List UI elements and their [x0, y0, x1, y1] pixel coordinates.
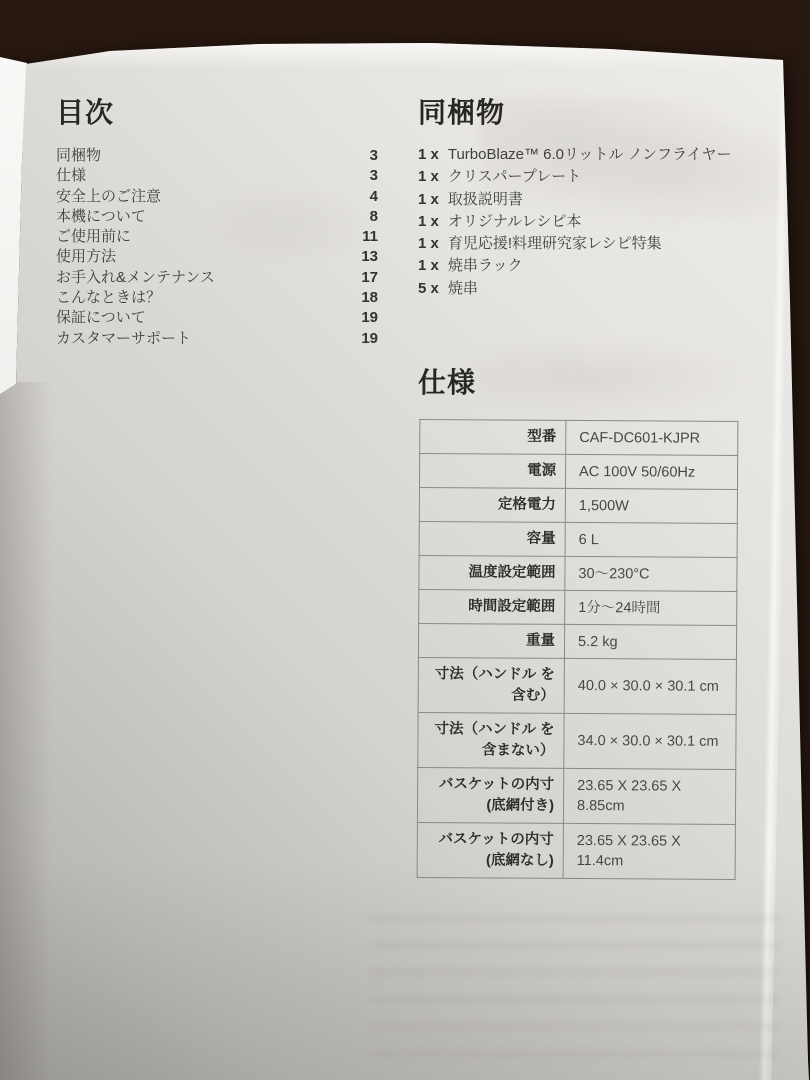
included-item-qty: 1 x: [418, 191, 439, 208]
spec-label: バスケットの内寸(底網なし): [417, 823, 563, 879]
included-item-label: TurboBlaze™ 6.0リットル ノンフライヤー: [448, 146, 732, 163]
toc-heading: 目次: [56, 96, 378, 130]
spec-label: 電源: [419, 454, 565, 489]
included-items-heading: 同梱物: [418, 96, 766, 130]
included-item: 1 x焼串ラック: [418, 255, 766, 277]
specs-heading: 仕様: [418, 366, 766, 400]
spec-label: 容量: [419, 522, 565, 557]
included-item-label: 焼串ラック: [448, 257, 523, 274]
included-item-label: 焼串: [448, 280, 478, 297]
toc-item-label: 仕様: [56, 166, 86, 186]
toc-item-page: 3: [370, 146, 378, 166]
spec-label: 定格電力: [419, 488, 565, 523]
included-item-label: 育児応援!料理研究家レシピ特集: [448, 235, 662, 252]
toc-item-label: 本機について: [56, 207, 146, 227]
toc-item-page: 19: [361, 329, 378, 349]
spec-label: 寸法（ハンドル を含む）: [418, 658, 564, 714]
spec-row: 容量6 L: [419, 522, 737, 558]
spec-label: 型番: [420, 420, 566, 455]
toc-item: お手入れ&メンテナンス17: [56, 268, 378, 288]
toc-item: 保証について19: [56, 308, 378, 328]
toc-item: カスタマーサポート19: [56, 329, 378, 349]
spec-row: 重量5.2 kg: [418, 624, 736, 660]
included-item-label: オリジナルレシピ本: [448, 213, 582, 230]
spec-row: 温度設定範囲30〜230°C: [419, 556, 737, 592]
manual-page-surface: 目次 同梱物3 仕様3 安全上のご注意4 本機について8 ご使用前に11 使用方…: [0, 0, 810, 1080]
included-items-section: 同梱物 1 xTurboBlaze™ 6.0リットル ノンフライヤー 1 xクリ…: [418, 96, 766, 300]
spec-row: 型番CAF-DC601-KJPR: [420, 420, 738, 456]
toc-list: 同梱物3 仕様3 安全上のご注意4 本機について8 ご使用前に11 使用方法13…: [56, 146, 378, 349]
toc-item: ご使用前に11: [56, 227, 378, 247]
toc-item-page: 11: [362, 227, 378, 247]
included-item: 5 x焼串: [418, 278, 766, 300]
included-item-qty: 1 x: [418, 146, 439, 163]
spec-value: 6 L: [565, 522, 737, 557]
toc-item: 安全上のご注意4: [56, 187, 378, 207]
toc-item-page: 8: [370, 207, 378, 227]
included-item-qty: 1 x: [418, 213, 439, 230]
spec-label: 時間設定範囲: [419, 590, 565, 625]
toc-item-page: 13: [361, 247, 378, 267]
toc-item: 同梱物3: [56, 146, 378, 166]
spec-row: 寸法（ハンドル を含む）40.0 × 30.0 × 30.1 cm: [418, 658, 736, 715]
spec-row: 寸法（ハンドル を含まない）34.0 × 30.0 × 30.1 cm: [418, 713, 736, 770]
toc-item-label: 使用方法: [56, 247, 116, 267]
spec-value: 40.0 × 30.0 × 30.1 cm: [564, 658, 736, 714]
spec-row: 時間設定範囲1分〜24時間: [419, 590, 737, 626]
manual-page: 目次 同梱物3 仕様3 安全上のご注意4 本機について8 ご使用前に11 使用方…: [0, 0, 810, 1080]
toc-item-label: 保証について: [56, 308, 146, 328]
toc-item: 使用方法13: [56, 247, 378, 267]
included-item-qty: 1 x: [418, 168, 439, 185]
toc-item-label: 安全上のご注意: [56, 187, 161, 207]
toc-item-page: 4: [370, 187, 378, 207]
included-item-qty: 5 x: [418, 280, 439, 297]
spec-label: 寸法（ハンドル を含まない）: [418, 713, 564, 769]
toc-item-label: お手入れ&メンテナンス: [56, 268, 215, 288]
spec-value: 30〜230°C: [565, 556, 737, 591]
toc-item: 本機について8: [56, 207, 378, 227]
page-top-curl-highlight: [0, 41, 795, 69]
specs-table: 型番CAF-DC601-KJPR 電源AC 100V 50/60Hz 定格電力1…: [417, 419, 739, 880]
toc-item: 仕様3: [56, 166, 378, 186]
spec-value: 34.0 × 30.0 × 30.1 cm: [564, 713, 736, 769]
toc-section: 目次 同梱物3 仕様3 安全上のご注意4 本機について8 ご使用前に11 使用方…: [56, 96, 378, 349]
spec-row: 定格電力1,500W: [419, 488, 737, 524]
spec-value: 1,500W: [565, 488, 737, 523]
toc-item-label: こんなときは？: [56, 288, 161, 308]
included-item-qty: 1 x: [418, 257, 439, 274]
toc-item-page: 18: [361, 288, 378, 308]
included-item: 1 x育児応援!料理研究家レシピ特集: [418, 233, 766, 255]
spec-label: 温度設定範囲: [419, 556, 565, 591]
spec-row: 電源AC 100V 50/60Hz: [419, 454, 737, 490]
included-item: 1 xTurboBlaze™ 6.0リットル ノンフライヤー: [418, 144, 766, 166]
toc-item-page: 19: [361, 308, 378, 328]
spec-value: 5.2 kg: [564, 624, 736, 659]
included-item: 1 xオリジナルレシピ本: [418, 211, 766, 233]
included-item: 1 xクリスパープレート: [418, 166, 766, 188]
spec-value: 23.65 X 23.65 X 11.4cm: [563, 823, 735, 879]
included-items-list: 1 xTurboBlaze™ 6.0リットル ノンフライヤー 1 xクリスパープ…: [418, 144, 766, 300]
included-item-label: クリスパープレート: [448, 168, 581, 185]
spec-row: バスケットの内寸(底網付き)23.65 X 23.65 X 8.85cm: [417, 768, 735, 825]
spec-value: 23.65 X 23.65 X 8.85cm: [563, 768, 735, 824]
spec-value: CAF-DC601-KJPR: [566, 420, 738, 455]
toc-item-page: 17: [361, 268, 378, 288]
toc-item-page: 3: [370, 166, 378, 186]
spec-label: 重量: [418, 624, 564, 659]
toc-item-label: 同梱物: [56, 146, 101, 166]
spec-value: AC 100V 50/60Hz: [565, 454, 737, 489]
included-item: 1 x取扱説明書: [418, 189, 766, 211]
toc-item-label: ご使用前に: [56, 227, 131, 247]
toc-item-label: カスタマーサポート: [56, 329, 191, 349]
spec-label: バスケットの内寸(底網付き): [417, 768, 563, 824]
toc-item: こんなときは？18: [56, 288, 378, 308]
spec-value: 1分〜24時間: [565, 590, 737, 625]
included-item-qty: 1 x: [418, 235, 439, 252]
included-item-label: 取扱説明書: [448, 191, 523, 208]
page-bottom-shading: [0, 860, 810, 1080]
spec-row: バスケットの内寸(底網なし)23.65 X 23.65 X 11.4cm: [417, 823, 735, 880]
specs-section: 仕様 型番CAF-DC601-KJPR 電源AC 100V 50/60Hz 定格…: [418, 366, 766, 879]
